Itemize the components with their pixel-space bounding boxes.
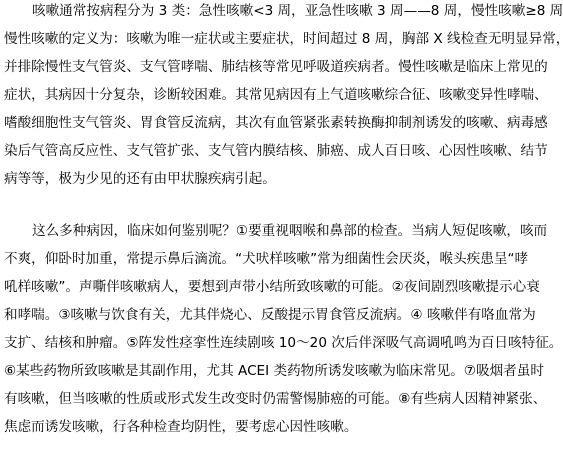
- text-line: 焦虑而诱发咳嗽，行各种检查均阴性，要考虑心因性咳嗽。: [4, 419, 357, 435]
- text-line: 病等等，极为少见的还有由甲状腺疾病引起。: [4, 171, 276, 187]
- text-line: 慢性咳嗽的定义为：咳嗽为唯一症状或主要症状，时间超过 8 周，胸部 X 线检查无…: [4, 31, 563, 47]
- text-line: 有咳嗽，但当咳嗽的性质或形式发生改变时仍需警惕肺癌的可能。⑧有些病人因精神紧张、: [4, 391, 546, 407]
- text-line: 症状，其病因十分复杂，诊断较困难。其常见病因有上气道咳嗽综合征、咳嗽变异性哮喘、: [4, 87, 548, 103]
- text-line: 染后气管高反应性、支气管扩张、支气管内膜结核、肺癌、成人百日咳、心因性咳嗽、结节: [4, 143, 548, 159]
- text-line: 咳嗽通常按病程分为 3 类：急性咳嗽<3 周，亚急性咳嗽 3 周——8 周，慢性…: [32, 3, 563, 19]
- text-line: 并排除慢性支气管炎、支气管哮喘、肺结核等常见呼吸道疾病者。慢性咳嗽是临床上常见的: [4, 59, 548, 75]
- text-line: 嗜酸细胞性支气管炎、胃食管反流病，其次有血管紧张素转换酶抑制剂诱发的咳嗽、病毒感: [4, 115, 548, 131]
- text-line: 不爽，仰卧时加重，常提示鼻后滴流。“犬吠样咳嗽”常为细菌性会厌炎，喉头疾患呈“哮: [4, 251, 528, 267]
- document-body: 咳嗽通常按病程分为 3 类：急性咳嗽<3 周，亚急性咳嗽 3 周——8 周，慢性…: [0, 0, 563, 463]
- text-line: 和哮喘。③咳嗽与饮食有关，尤其伴烧心、反酸提示胃食管反流病。④ 咳嗽伴有咯血常为: [4, 307, 536, 323]
- text-line: 支扩、结核和肿瘤。⑤阵发性痉挛性连续剧咳 10～20 次后伴深吸气高调吼鸣为百日…: [4, 335, 562, 351]
- text-line: 这么多种病因，临床如何鉴别呢？①要重视咽喉和鼻部的检查。当病人短促咳嗽，咳而: [32, 223, 547, 239]
- text-line: ⑥某些药物所致咳嗽是其副作用，尤其 ACEI 类药物所诱发咳嗽为临床常见。⑦吸烟…: [4, 363, 544, 379]
- text-line: 吼样咳嗽”。声嘶伴咳嗽病人，要想到声带小结所致咳嗽的可能。②夜间剧烈咳嗽提示心衰: [4, 279, 540, 295]
